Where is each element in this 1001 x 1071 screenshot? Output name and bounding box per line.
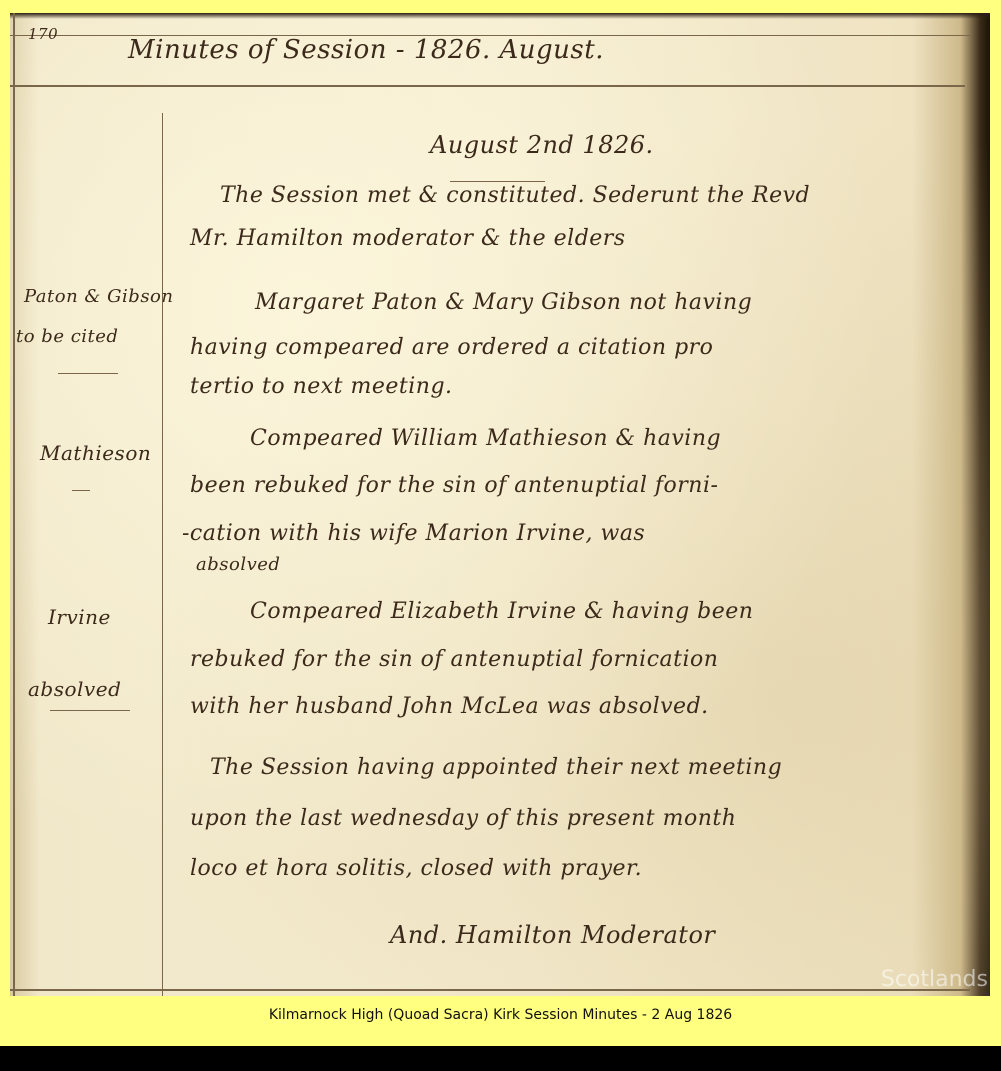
date-underline [450,181,545,182]
left-margin-rule [13,13,15,996]
minute-line-absolved: absolved [196,554,280,575]
header-bottom-rule [10,85,965,87]
bottom-rule [10,989,970,991]
margin-note-to-be-cited: to be cited [16,326,118,347]
minute-line: Margaret Paton & Mary Gibson not having [255,290,752,315]
margin-note-mathieson: Mathieson [40,441,151,465]
margin-divider [58,373,118,374]
page-number: 170 [28,25,58,43]
margin-note-paton-gibson: Paton & Gibson [24,286,174,307]
minute-line: upon the last wednesday of this present … [190,806,736,831]
page-edge-shadow [10,13,990,19]
minute-line: -cation with his wife Marion Irvine, was [182,521,645,546]
margin-column-rule [162,113,163,996]
yellow-frame: 170 Minutes of Session - 1826. August. A… [0,0,1001,1046]
moderator-signature: And. Hamilton Moderator [390,921,715,949]
bottom-black-band [0,1046,1001,1071]
image-caption: Kilmarnock High (Quoad Sacra) Kirk Sessi… [0,1007,1001,1023]
manuscript-scan: 170 Minutes of Session - 1826. August. A… [10,13,990,996]
margin-note-irvine: Irvine [48,605,111,629]
minute-line: Compeared William Mathieson & having [250,426,721,451]
date-heading: August 2nd 1826. [430,131,654,159]
page-header: Minutes of Session - 1826. August. [128,35,604,65]
minute-line: Compeared Elizabeth Irvine & having been [250,599,753,624]
minute-line: The Session having appointed their next … [210,755,782,780]
minute-line: tertio to next meeting. [190,374,453,399]
minute-line: with her husband John McLea was absolved… [190,694,709,719]
minute-line: having compeared are ordered a citation … [190,335,713,360]
margin-note-absolved: absolved [28,677,121,701]
minute-line: Mr. Hamilton moderator & the elders [190,226,626,251]
margin-underline [50,710,130,711]
minute-line: The Session met & constituted. Sederunt … [220,183,810,208]
scotlandspeople-watermark: Scotlands [881,967,988,992]
minute-line: been rebuked for the sin of antenuptial … [190,473,718,498]
margin-divider [72,490,90,491]
minute-line: rebuked for the sin of antenuptial forni… [190,647,718,672]
minute-line: loco et hora solitis, closed with prayer… [190,856,642,881]
